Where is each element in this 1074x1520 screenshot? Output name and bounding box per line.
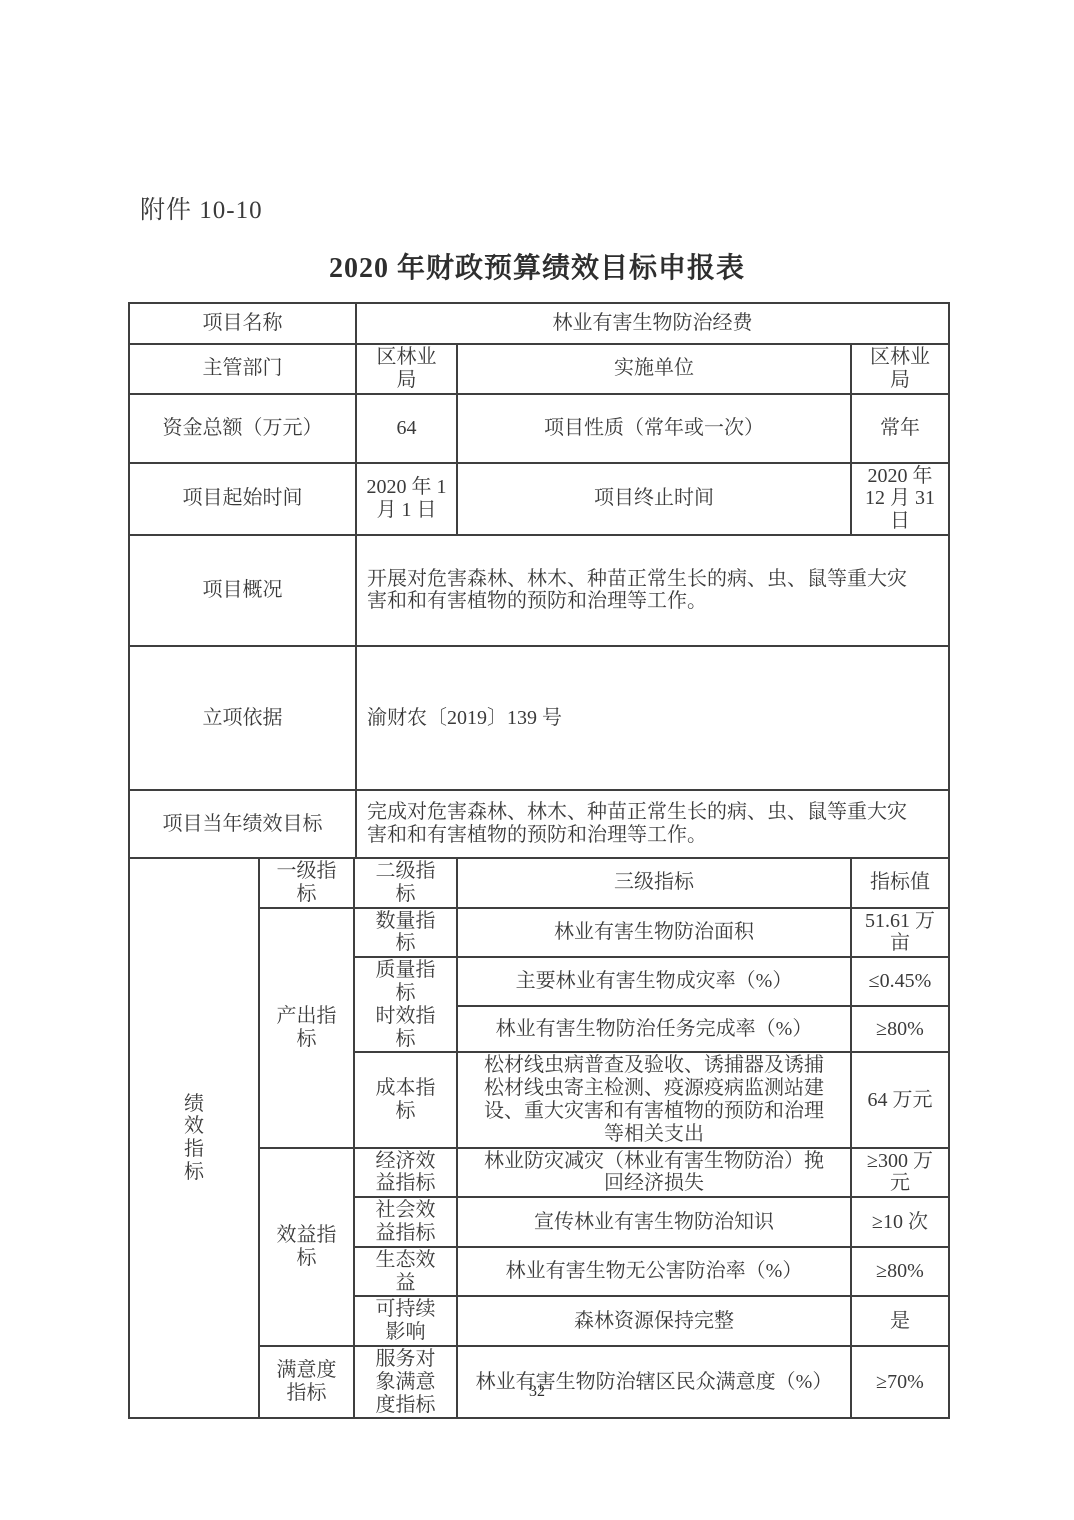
- header-value-cell: 指标值: [851, 858, 949, 908]
- project-name-label-cell: 项目名称: [129, 303, 356, 344]
- project-nature-label-cell: 项目性质（常年或一次）: [457, 394, 851, 463]
- project-info-table: 项目名称 林业有害生物防治经费 主管部门 区林业 局 实施单位 区林业 局 资金…: [128, 302, 950, 859]
- value-cell: ≥10 次: [851, 1197, 949, 1247]
- value-cell: ≥80%: [851, 1006, 949, 1052]
- annual-target-value-cell: 完成对危害森林、林木、种苗正常生长的病、虫、鼠等重大灾 害和和有害植物的预防和治…: [356, 790, 949, 858]
- end-date-label-cell: 项目终止时间: [457, 463, 851, 535]
- dept-value-cell: 区林业 局: [356, 344, 457, 394]
- level2-cell: 生态效 益: [354, 1247, 457, 1297]
- level2-cell: 成本指 标: [354, 1052, 457, 1147]
- level2-cell: 可持续 影响: [354, 1296, 457, 1346]
- table-row: 项目概况 开展对危害森林、林木、种苗正常生长的病、虫、鼠等重大灾 害和和有害植物…: [129, 535, 949, 646]
- value-cell: 64 万元: [851, 1052, 949, 1147]
- level3-cell: 森林资源保持完整: [457, 1296, 851, 1346]
- overview-value-cell: 开展对危害森林、林木、种苗正常生长的病、虫、鼠等重大灾 害和和有害植物的预防和治…: [356, 535, 949, 646]
- header-level1-cell: 一级指 标: [259, 858, 354, 908]
- document-title: 2020 年财政预算绩效目标申报表: [0, 246, 1074, 286]
- table-row: 绩 效 指 标 一级指 标 二级指 标 三级指标 指标值: [129, 858, 949, 908]
- project-name-value-cell: 林业有害生物防治经费: [356, 303, 949, 344]
- value-cell: 是: [851, 1296, 949, 1346]
- table-row: 项目当年绩效目标 完成对危害森林、林木、种苗正常生长的病、虫、鼠等重大灾 害和和…: [129, 790, 949, 858]
- overview-label-cell: 项目概况: [129, 535, 356, 646]
- basis-label-cell: 立项依据: [129, 646, 356, 790]
- level2-cell: 数量指 标: [354, 908, 457, 958]
- impl-unit-value-cell: 区林业 局: [851, 344, 949, 394]
- level3-cell: 林业有害生物防治面积: [457, 908, 851, 958]
- level3-cell: 松材线虫病普查及验收、诱捕器及诱捕 松材线虫寄主检测、疫源疫病监测站建 设、重大…: [457, 1052, 851, 1147]
- level1-benefit-cell: 效益指 标: [259, 1148, 354, 1346]
- start-date-label-cell: 项目起始时间: [129, 463, 356, 535]
- level2-cell: 社会效 益指标: [354, 1197, 457, 1247]
- level2-cell: 质量指 标 时效指 标: [354, 957, 457, 1052]
- declaration-form: 项目名称 林业有害生物防治经费 主管部门 区林业 局 实施单位 区林业 局 资金…: [128, 302, 948, 1419]
- table-row: 项目名称 林业有害生物防治经费: [129, 303, 949, 344]
- performance-indicator-table: 绩 效 指 标 一级指 标 二级指 标 三级指标 指标值 产出指 标 数量指 标…: [128, 857, 950, 1419]
- level3-cell: 宣传林业有害生物防治知识: [457, 1197, 851, 1247]
- level3-cell: 林业防灾减灾（林业有害生物防治）挽 回经济损失: [457, 1148, 851, 1198]
- end-date-value-cell: 2020 年 12 月 31 日: [851, 463, 949, 535]
- project-nature-value-cell: 常年: [851, 394, 949, 463]
- value-cell: ≥80%: [851, 1247, 949, 1297]
- table-row: 项目起始时间 2020 年 1 月 1 日 项目终止时间 2020 年 12 月…: [129, 463, 949, 535]
- value-cell: ≤0.45%: [851, 957, 949, 1006]
- dept-label-cell: 主管部门: [129, 344, 356, 394]
- impl-unit-label-cell: 实施单位: [457, 344, 851, 394]
- level3-cell: 林业有害生物防治任务完成率（%）: [457, 1006, 851, 1052]
- table-row: 资金总额（万元） 64 项目性质（常年或一次） 常年: [129, 394, 949, 463]
- table-row: 立项依据 渝财农〔2019〕139 号: [129, 646, 949, 790]
- header-level3-cell: 三级指标: [457, 858, 851, 908]
- attachment-label: 附件 10-10: [140, 190, 263, 226]
- header-level2-cell: 二级指 标: [354, 858, 457, 908]
- level3-cell: 林业有害生物无公害防治率（%）: [457, 1247, 851, 1297]
- total-fund-label-cell: 资金总额（万元）: [129, 394, 356, 463]
- value-cell: 51.61 万 亩: [851, 908, 949, 958]
- annual-target-label-cell: 项目当年绩效目标: [129, 790, 356, 858]
- level2-cell: 经济效 益指标: [354, 1148, 457, 1198]
- total-fund-value-cell: 64: [356, 394, 457, 463]
- basis-value-cell: 渝财农〔2019〕139 号: [356, 646, 949, 790]
- table-row: 主管部门 区林业 局 实施单位 区林业 局: [129, 344, 949, 394]
- document-page: 附件 10-10 2020 年财政预算绩效目标申报表 项目名称 林业有害生物防治…: [0, 0, 1074, 1520]
- level3-cell: 主要林业有害生物成灾率（%）: [457, 957, 851, 1006]
- page-number: 32: [0, 1383, 1074, 1401]
- value-cell: ≥300 万 元: [851, 1148, 949, 1198]
- performance-group-cell: 绩 效 指 标: [129, 858, 259, 1418]
- level1-output-cell: 产出指 标: [259, 908, 354, 1148]
- start-date-value-cell: 2020 年 1 月 1 日: [356, 463, 457, 535]
